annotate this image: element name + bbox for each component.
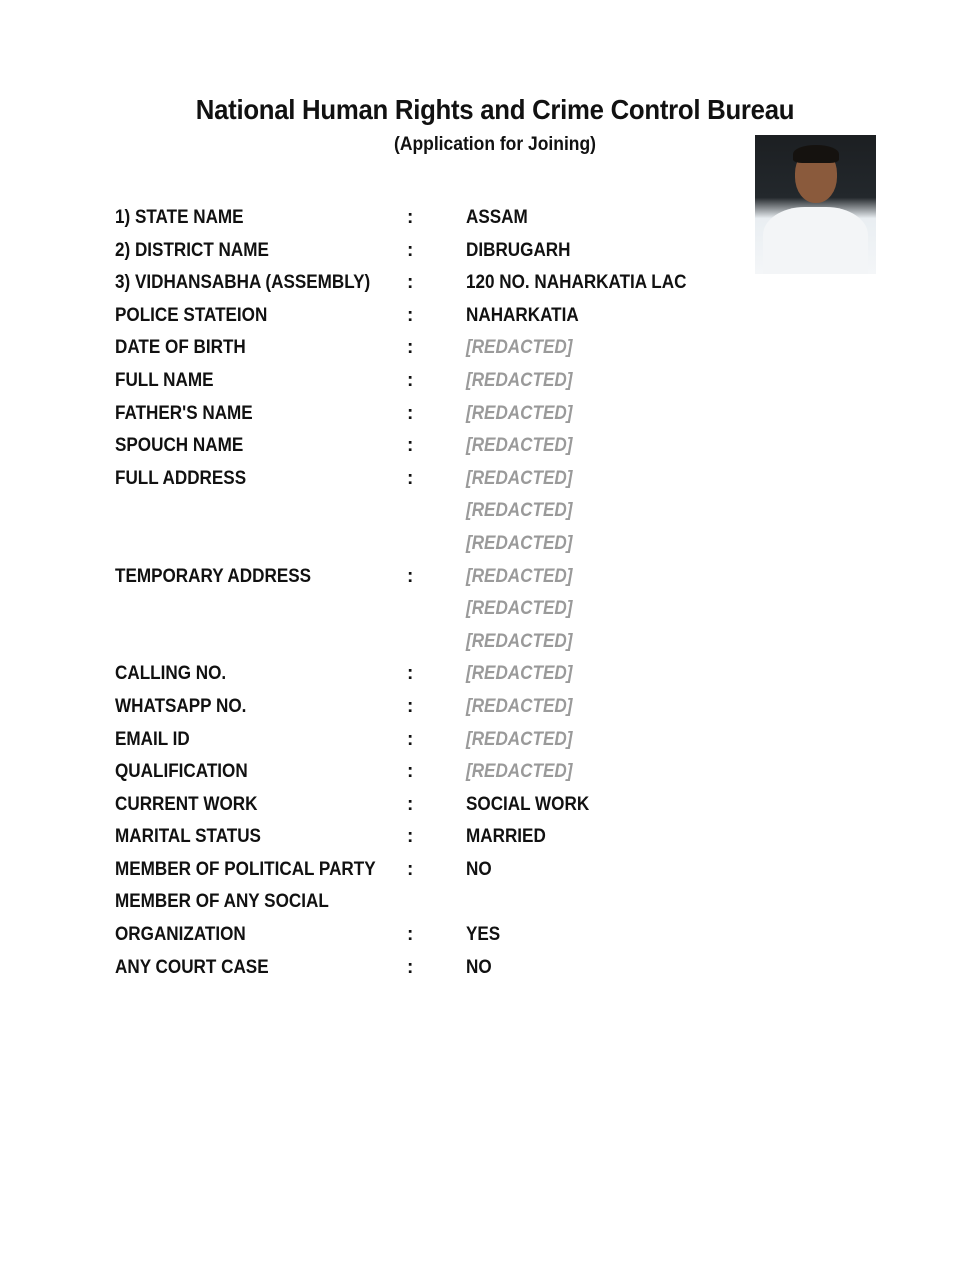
field-value: [REDACTED] xyxy=(466,726,572,754)
form-row: 3) VIDHANSABHA (ASSEMBLY):120 NO. NAHARK… xyxy=(115,269,915,302)
field-separator: : xyxy=(407,563,413,591)
form-row: ORGANIZATION:YES xyxy=(115,921,915,954)
field-label: SPOUCH NAME xyxy=(115,432,243,460)
field-separator: : xyxy=(407,758,413,786)
field-value: YES xyxy=(466,921,500,949)
field-separator: : xyxy=(407,334,413,362)
field-label: FULL ADDRESS xyxy=(115,465,246,493)
field-value: [REDACTED] xyxy=(466,400,572,428)
field-value: 120 NO. NAHARKATIA LAC xyxy=(466,269,686,297)
form-row: FATHER'S NAME:[REDACTED] xyxy=(115,400,915,433)
form-row: TEMPORARY ADDRESS:[REDACTED] xyxy=(115,563,915,596)
field-label: 3) VIDHANSABHA (ASSEMBLY) xyxy=(115,269,370,297)
field-value: DIBRUGARH xyxy=(466,237,570,265)
field-value: NAHARKATIA xyxy=(466,302,579,330)
application-form: 1) STATE NAME:ASSAM2) DISTRICT NAME:DIBR… xyxy=(115,204,915,986)
form-row: WHATSAPP NO.:[REDACTED] xyxy=(115,693,915,726)
form-row: 1) STATE NAME:ASSAM xyxy=(115,204,915,237)
form-row: EMAIL ID:[REDACTED] xyxy=(115,726,915,759)
field-label: FULL NAME xyxy=(115,367,213,395)
field-label: 2) DISTRICT NAME xyxy=(115,237,269,265)
form-row: POLICE STATEION:NAHARKATIA xyxy=(115,302,915,335)
field-label: TEMPORARY ADDRESS xyxy=(115,563,311,591)
field-separator: : xyxy=(407,367,413,395)
field-value: [REDACTED] xyxy=(466,497,572,525)
field-value: [REDACTED] xyxy=(466,530,572,558)
field-separator: : xyxy=(407,921,413,949)
field-separator: : xyxy=(407,823,413,851)
field-label: ORGANIZATION xyxy=(115,921,246,949)
field-label: 1) STATE NAME xyxy=(115,204,244,232)
field-value: [REDACTED] xyxy=(466,628,572,656)
form-row: FULL ADDRESS:[REDACTED] xyxy=(115,465,915,498)
field-separator: : xyxy=(407,954,413,982)
form-row: FULL NAME:[REDACTED] xyxy=(115,367,915,400)
form-row: DATE OF BIRTH:[REDACTED] xyxy=(115,334,915,367)
document-title: National Human Rights and Crime Control … xyxy=(40,94,951,126)
field-separator: : xyxy=(407,856,413,884)
field-separator: : xyxy=(407,693,413,721)
field-value: NO xyxy=(466,856,492,884)
photo-hair-shape xyxy=(793,145,839,163)
form-row: MARITAL STATUS:MARRIED xyxy=(115,823,915,856)
field-label: QUALIFICATION xyxy=(115,758,248,786)
form-row: [REDACTED] xyxy=(115,595,915,628)
field-separator: : xyxy=(407,302,413,330)
field-label: CALLING NO. xyxy=(115,660,226,688)
field-value: [REDACTED] xyxy=(466,758,572,786)
form-row: [REDACTED] xyxy=(115,530,915,563)
form-row: [REDACTED] xyxy=(115,628,915,661)
field-separator: : xyxy=(407,432,413,460)
field-separator: : xyxy=(407,237,413,265)
form-row: ANY COURT CASE:NO xyxy=(115,954,915,987)
field-value: NO xyxy=(466,954,492,982)
form-row: 2) DISTRICT NAME:DIBRUGARH xyxy=(115,237,915,270)
field-label: MEMBER OF POLITICAL PARTY xyxy=(115,856,376,884)
field-label: EMAIL ID xyxy=(115,726,190,754)
field-value: [REDACTED] xyxy=(466,465,572,493)
field-value: [REDACTED] xyxy=(466,563,572,591)
field-separator: : xyxy=(407,269,413,297)
form-row: CALLING NO.:[REDACTED] xyxy=(115,660,915,693)
field-value: SOCIAL WORK xyxy=(466,791,589,819)
field-value: MARRIED xyxy=(466,823,546,851)
field-value: [REDACTED] xyxy=(466,334,572,362)
form-row: MEMBER OF POLITICAL PARTY:NO xyxy=(115,856,915,889)
field-label: WHATSAPP NO. xyxy=(115,693,246,721)
field-label: ANY COURT CASE xyxy=(115,954,269,982)
field-separator: : xyxy=(407,465,413,493)
form-row: CURRENT WORK:SOCIAL WORK xyxy=(115,791,915,824)
field-value: [REDACTED] xyxy=(466,432,572,460)
field-value: ASSAM xyxy=(466,204,528,232)
field-value: [REDACTED] xyxy=(466,367,572,395)
field-label: POLICE STATEION xyxy=(115,302,267,330)
field-separator: : xyxy=(407,660,413,688)
field-separator: : xyxy=(407,791,413,819)
field-label: CURRENT WORK xyxy=(115,791,257,819)
form-row: MEMBER OF ANY SOCIAL xyxy=(115,888,915,921)
field-label: FATHER'S NAME xyxy=(115,400,253,428)
form-row: [REDACTED] xyxy=(115,497,915,530)
field-separator: : xyxy=(407,400,413,428)
form-row: SPOUCH NAME:[REDACTED] xyxy=(115,432,915,465)
field-separator: : xyxy=(407,726,413,754)
field-label: MARITAL STATUS xyxy=(115,823,261,851)
field-label: DATE OF BIRTH xyxy=(115,334,246,362)
field-label: MEMBER OF ANY SOCIAL xyxy=(115,888,329,916)
field-value: [REDACTED] xyxy=(466,595,572,623)
field-separator: : xyxy=(407,204,413,232)
field-value: [REDACTED] xyxy=(466,693,572,721)
field-value: [REDACTED] xyxy=(466,660,572,688)
form-row: QUALIFICATION:[REDACTED] xyxy=(115,758,915,791)
